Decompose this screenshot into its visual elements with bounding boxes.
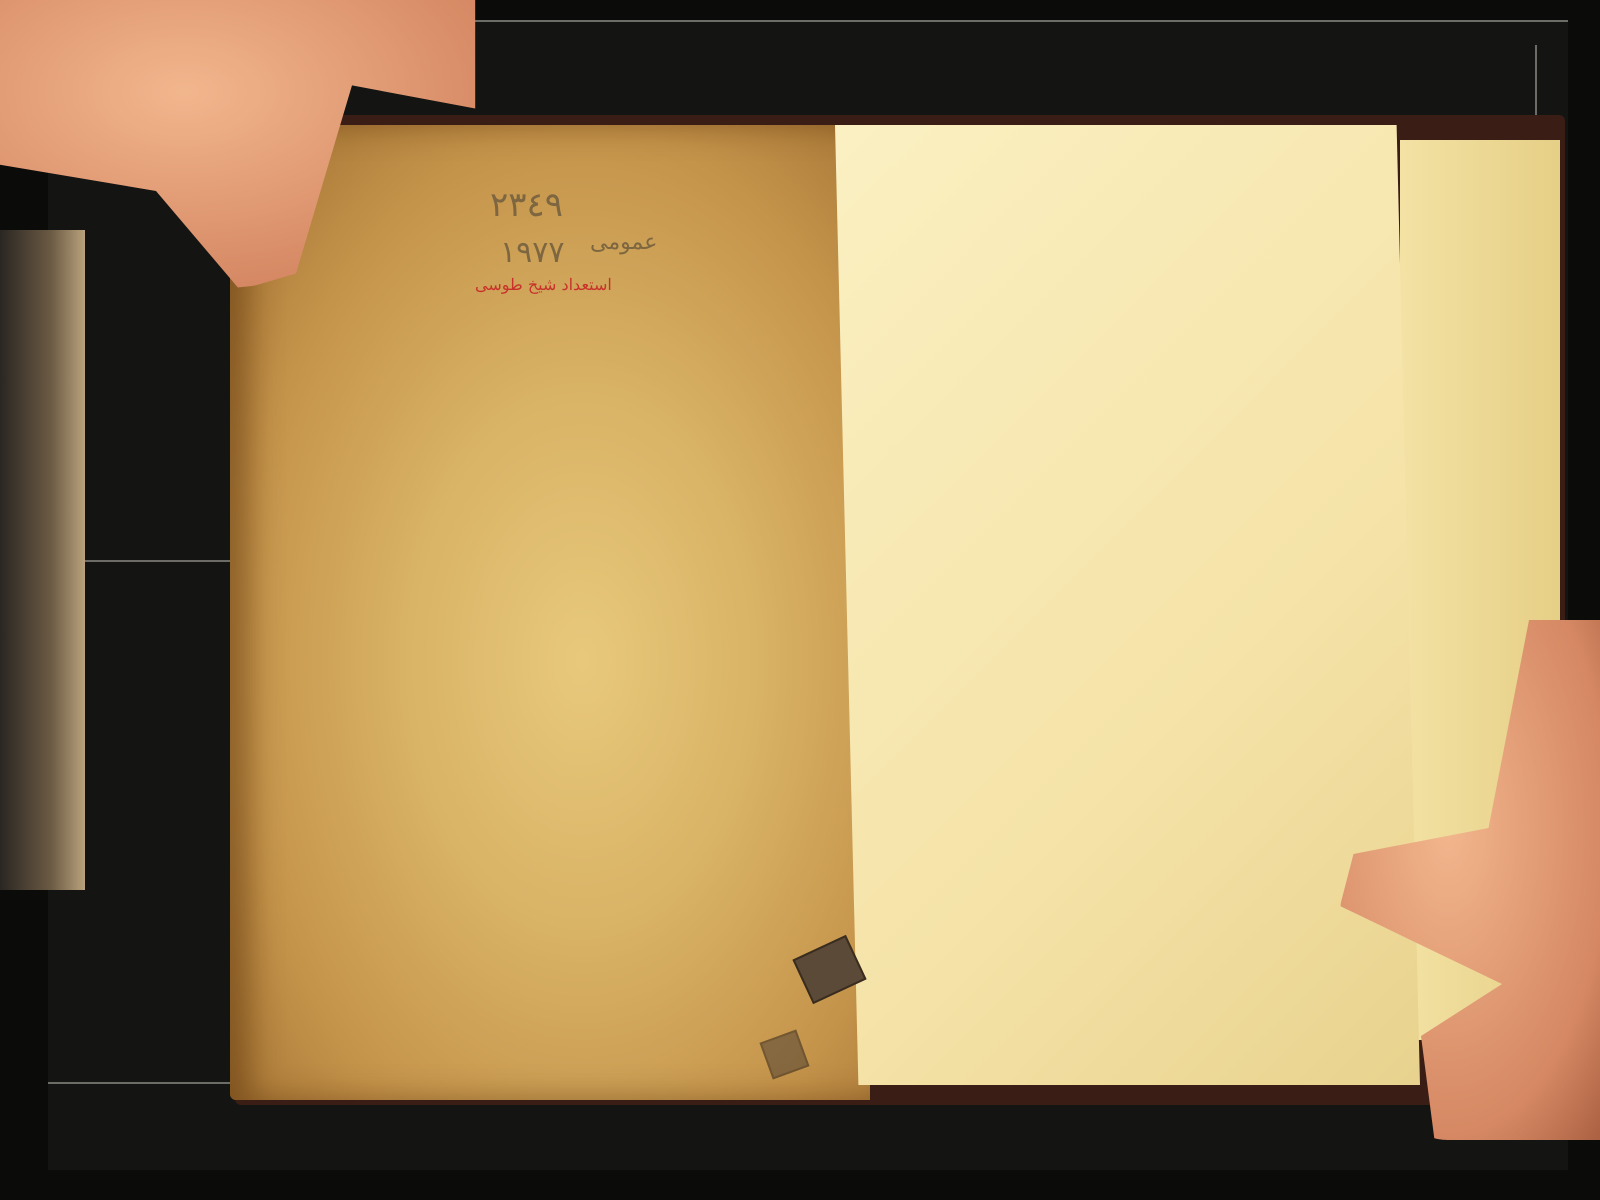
pencil-number: ٢٣٤٩ — [490, 185, 563, 225]
pencil-word: عمومی — [590, 230, 657, 255]
adjacent-book — [0, 230, 85, 890]
blank-flyleaf — [835, 125, 1420, 1085]
red-inscription-1: استعداد شیخ طوسی — [475, 275, 612, 294]
manuscript-left-page — [230, 125, 870, 1100]
pencil-year: ١٩٧٧ — [500, 235, 564, 270]
